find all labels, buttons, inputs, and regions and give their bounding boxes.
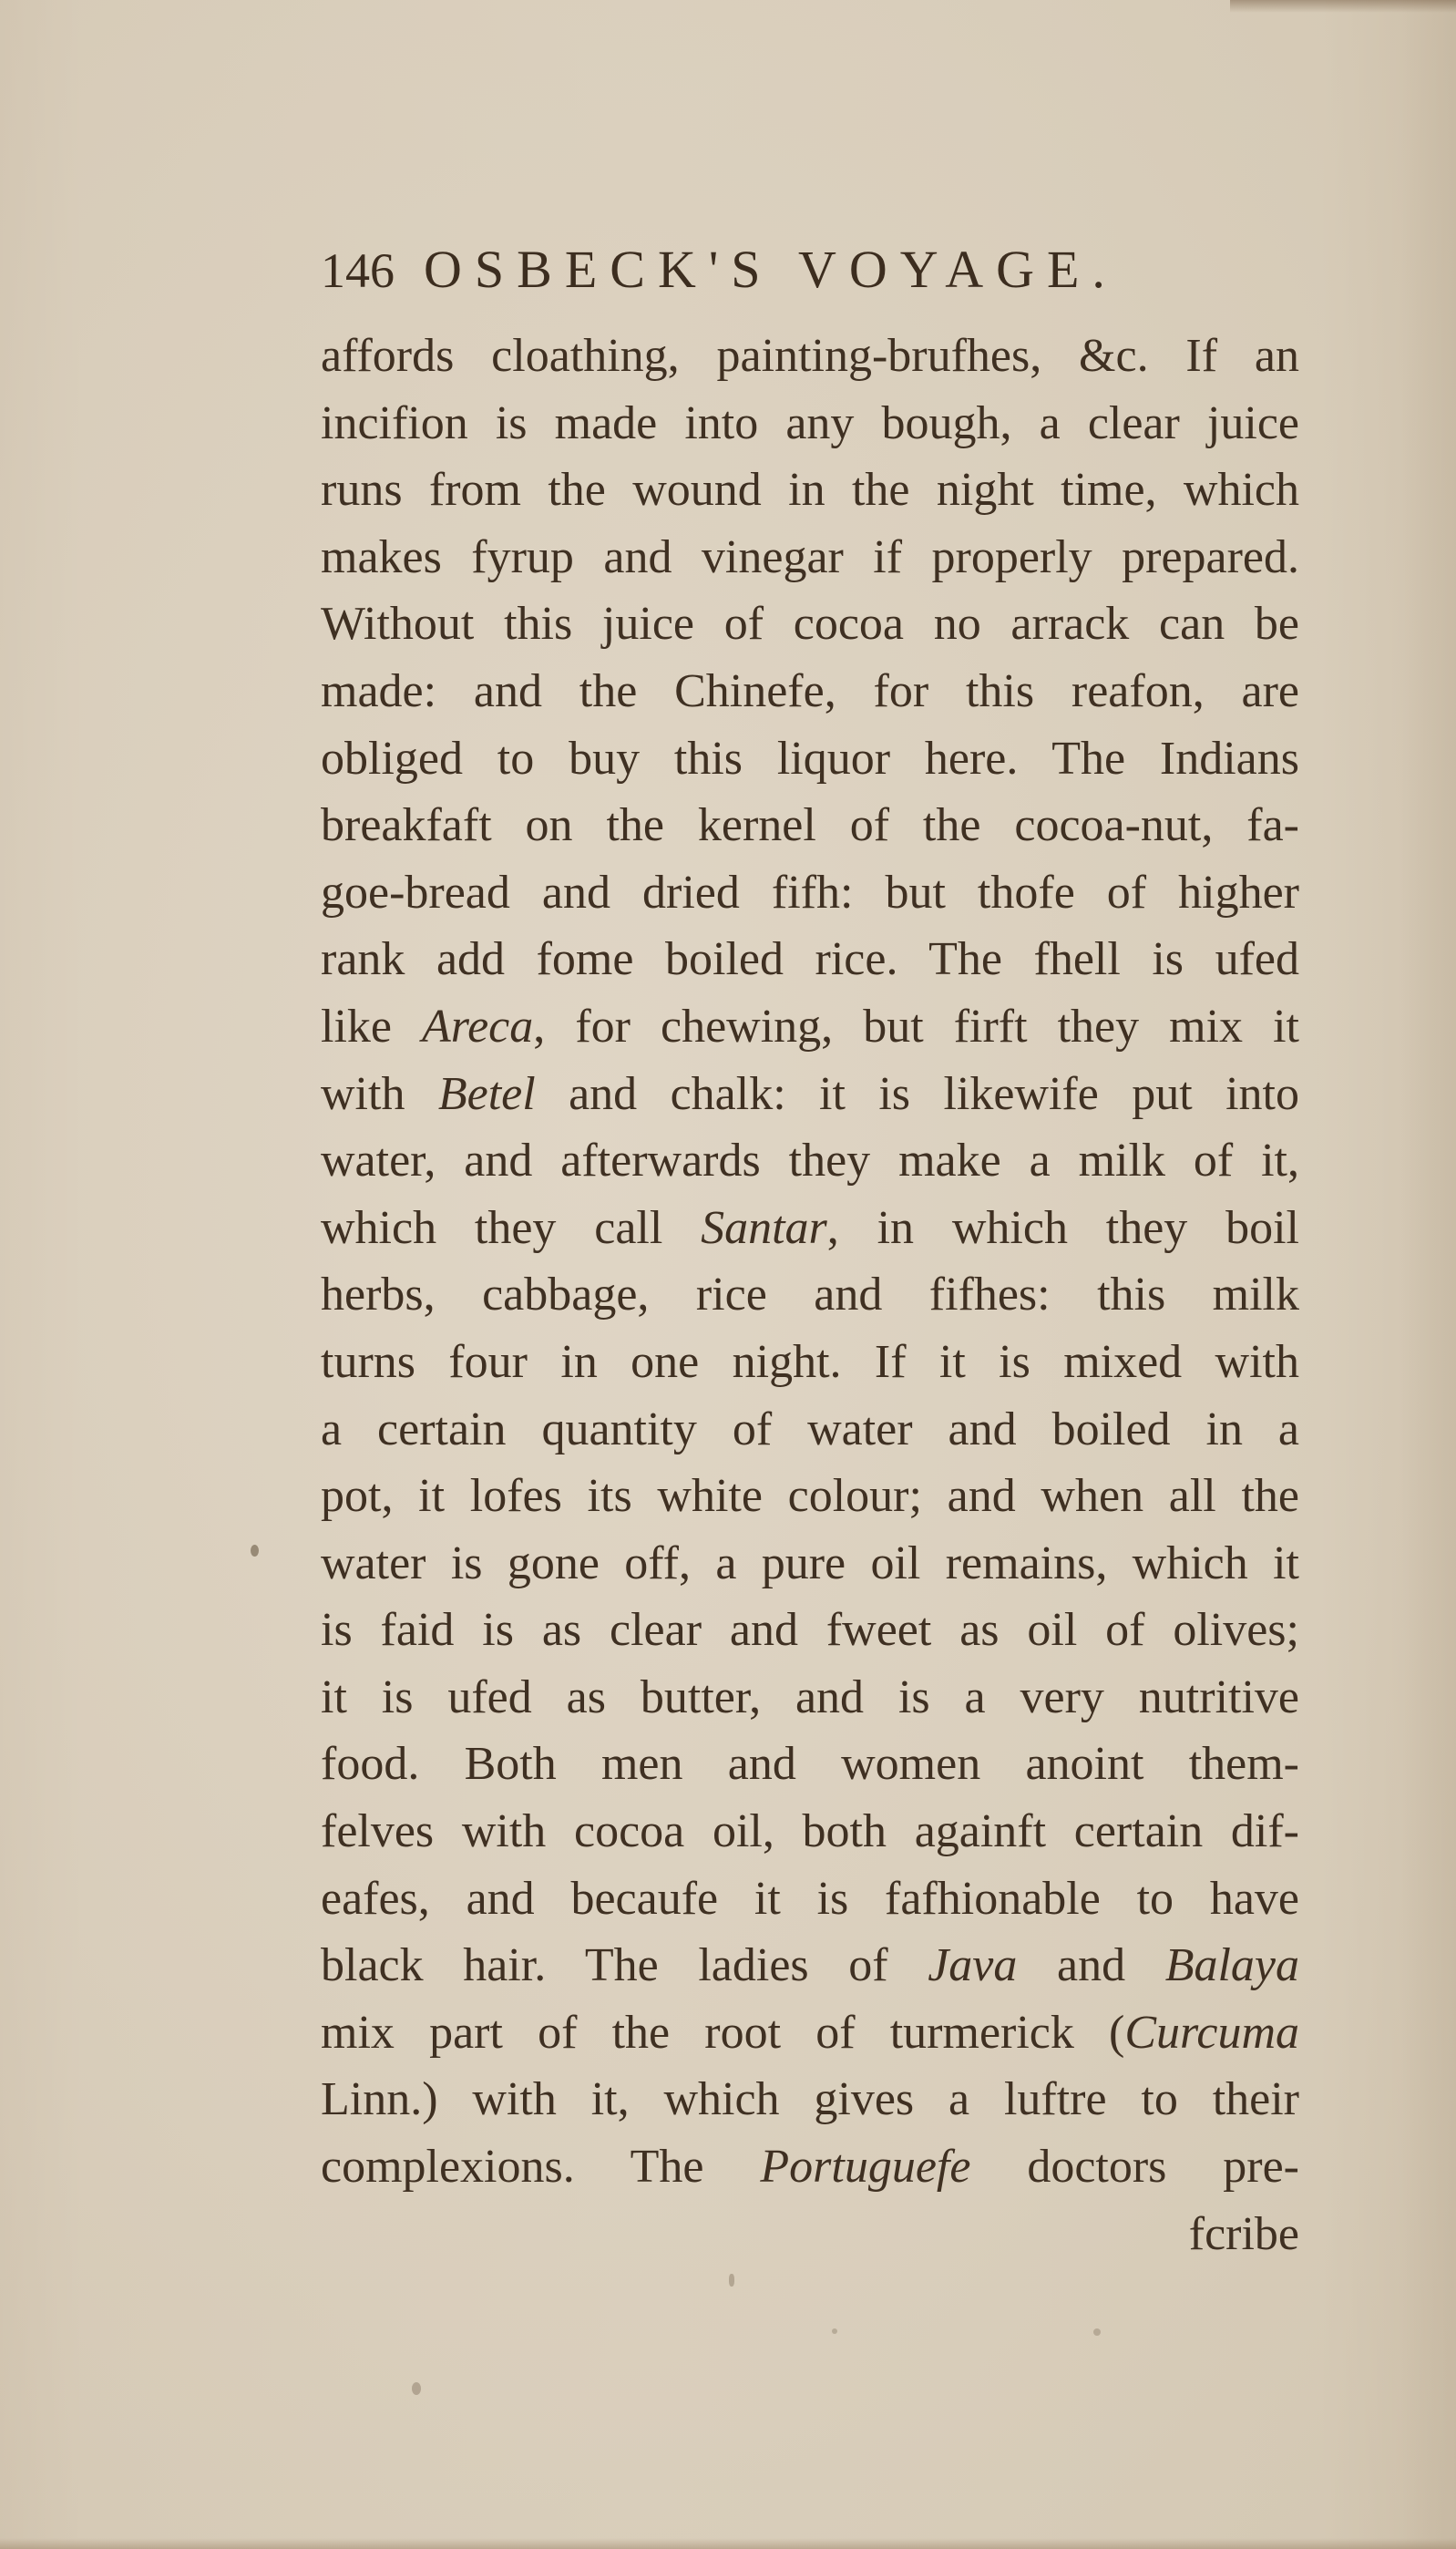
text-run: felves with cocoa oil, both againft cert… <box>321 1805 1299 1857</box>
italic-term: Betel <box>438 1068 536 1120</box>
ink-speck <box>251 1545 259 1557</box>
text-line: herbs, cabbage, rice and fifhes: this mi… <box>321 1261 1299 1329</box>
text-line: Without this juice of cocoa no arrack ca… <box>321 591 1299 658</box>
text-run: Without this juice of cocoa no arrack ca… <box>321 598 1299 650</box>
italic-term: Santar <box>701 1202 827 1254</box>
italic-term: Balaya <box>1165 1939 1299 1991</box>
text-run: eafes, and becaufe it is fafhionable to … <box>321 1873 1299 1925</box>
text-run: rank add fome boiled rice. The fhell is … <box>321 933 1299 985</box>
text-run: like <box>321 1001 422 1053</box>
text-run: made: and the Chinefe, for this reafon, … <box>321 665 1299 717</box>
text-line: water, and afterwards they make a milk o… <box>321 1127 1299 1195</box>
italic-term: Curcuma <box>1124 2007 1299 2059</box>
text-line: rank add fome boiled rice. The fhell is … <box>321 926 1299 993</box>
text-run: breakfaft on the kernel of the cocoa-nut… <box>321 799 1299 851</box>
text-run: water, and afterwards they make a milk o… <box>321 1135 1299 1187</box>
text-run: , in which they boil <box>827 1202 1299 1254</box>
text-run: it is ufed as butter, and is a very nutr… <box>321 1671 1299 1723</box>
text-line: goe-bread and dried fifh: but thofe of h… <box>321 859 1299 927</box>
text-line: Linn.) with it, which gives a luftre to … <box>321 2066 1299 2133</box>
catchword: fcribe <box>321 2201 1299 2268</box>
text-line: food. Both men and women anoint them- <box>321 1731 1299 1798</box>
text-line: runs from the wound in the night time, w… <box>321 457 1299 524</box>
text-run: affords cloathing, painting-brufhes, &c.… <box>321 330 1299 382</box>
text-line: a certain quantity of water and boiled i… <box>321 1396 1299 1464</box>
text-run: Linn.) with it, which gives a luftre to … <box>321 2073 1299 2125</box>
text-run: , for chewing, but firft they mix it <box>533 1001 1299 1053</box>
running-head-title: OSBECK'S VOYAGE. <box>424 239 1118 300</box>
text-run: black hair. The ladies of <box>321 1939 928 1991</box>
text-run: and chalk: it is likewife put into <box>536 1068 1299 1120</box>
text-line: felves with cocoa oil, both againft cert… <box>321 1798 1299 1865</box>
text-line: made: and the Chinefe, for this reafon, … <box>321 658 1299 725</box>
text-run: doctors pre- <box>970 2141 1299 2193</box>
text-run: goe-bread and dried fifh: but thofe of h… <box>321 867 1299 919</box>
page-top-edge <box>1230 0 1456 13</box>
text-run: with <box>321 1068 438 1120</box>
body-text: affords cloathing, painting-brufhes, &c.… <box>321 323 1299 2201</box>
text-line: incifion is made into any bough, a clear… <box>321 390 1299 457</box>
text-run: makes fyrup and vinegar if properly prep… <box>321 531 1299 583</box>
italic-term: Portuguefe <box>760 2141 970 2193</box>
text-run: which they call <box>321 1202 701 1254</box>
text-line: affords cloathing, painting-brufhes, &c.… <box>321 323 1299 390</box>
text-run: mix part of the root of turmerick ( <box>321 2007 1124 2059</box>
text-line: is faid is as clear and fweet as oil of … <box>321 1597 1299 1664</box>
text-run: incifion is made into any bough, a clear… <box>321 397 1299 449</box>
text-run: is faid is as clear and fweet as oil of … <box>321 1604 1299 1656</box>
text-line: with Betel and chalk: it is likewife put… <box>321 1061 1299 1128</box>
text-line: like Areca, for chewing, but firft they … <box>321 993 1299 1061</box>
text-run: runs from the wound in the night time, w… <box>321 464 1299 516</box>
text-run: food. Both men and women anoint them- <box>321 1738 1299 1790</box>
text-line: black hair. The ladies of Java and Balay… <box>321 1932 1299 1999</box>
page-number: 146 <box>321 242 395 299</box>
text-line: pot, it lofes its white colour; and when… <box>321 1463 1299 1530</box>
text-line: obliged to buy this liquor here. The Ind… <box>321 725 1299 793</box>
text-block: 146 OSBECK'S VOYAGE. affords cloathing, … <box>321 239 1299 2267</box>
text-line: which they call Santar, in which they bo… <box>321 1195 1299 1262</box>
italic-term: Java <box>928 1939 1017 1991</box>
text-line: makes fyrup and vinegar if properly prep… <box>321 524 1299 591</box>
ink-speck <box>832 2328 837 2334</box>
text-line: eafes, and becaufe it is fafhionable to … <box>321 1865 1299 1933</box>
text-run: a certain quantity of water and boiled i… <box>321 1403 1299 1455</box>
text-line: mix part of the root of turmerick (Curcu… <box>321 1999 1299 2067</box>
text-run: pot, it lofes its white colour; and when… <box>321 1470 1299 1522</box>
text-line: water is gone off, a pure oil remains, w… <box>321 1530 1299 1598</box>
ink-speck <box>729 2274 734 2287</box>
text-run: water is gone off, a pure oil remains, w… <box>321 1537 1299 1589</box>
text-run: and <box>1017 1939 1164 1991</box>
text-run: herbs, cabbage, rice and fifhes: this mi… <box>321 1269 1299 1321</box>
text-line: complexions. The Portuguefe doctors pre- <box>321 2133 1299 2201</box>
text-run: turns four in one night. If it is mixed … <box>321 1336 1299 1388</box>
text-line: breakfaft on the kernel of the cocoa-nut… <box>321 792 1299 859</box>
italic-term: Areca <box>422 1001 533 1053</box>
ink-speck <box>1093 2328 1101 2336</box>
text-line: turns four in one night. If it is mixed … <box>321 1329 1299 1396</box>
ink-speck <box>412 2382 421 2395</box>
book-page: 146 OSBECK'S VOYAGE. affords cloathing, … <box>0 0 1456 2549</box>
text-run: complexions. The <box>321 2141 760 2193</box>
page-edge-shadow <box>1401 0 1456 2549</box>
text-run: obliged to buy this liquor here. The Ind… <box>321 733 1299 785</box>
running-head: 146 OSBECK'S VOYAGE. <box>321 239 1299 312</box>
text-line: it is ufed as butter, and is a very nutr… <box>321 1664 1299 1732</box>
page-bottom-edge <box>0 2538 1456 2549</box>
